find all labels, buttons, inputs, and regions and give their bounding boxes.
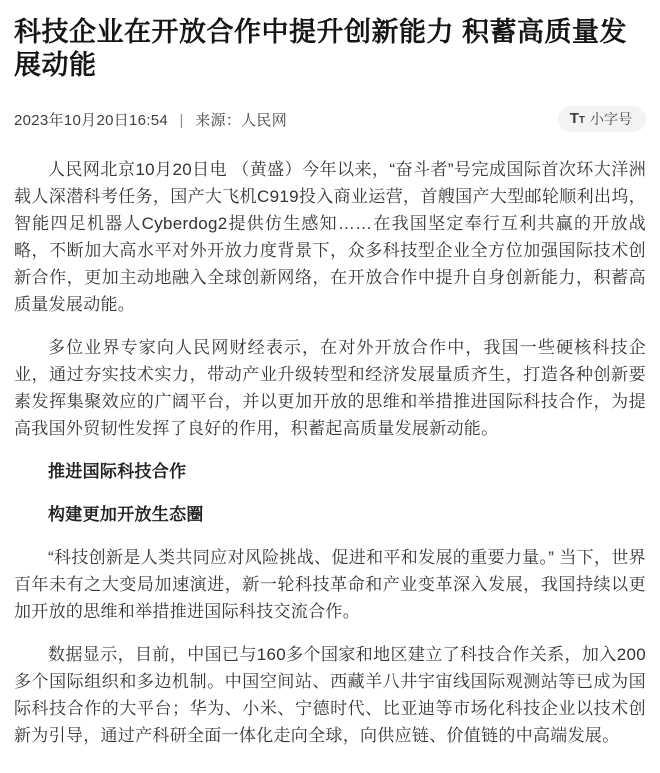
- font-size-icon: T T: [570, 111, 585, 126]
- page-title: 科技企业在开放合作中提升创新能力 积蓄高质量发展动能: [14, 16, 646, 82]
- meta-row: 2023年10月20日16:54 | 来源：人民网 T T 小字号: [14, 106, 646, 132]
- section-heading: 推进国际科技合作: [14, 458, 646, 485]
- section-heading: 构建更加开放生态圈: [14, 501, 646, 528]
- article-body: 人民网北京10月20日电 （黄盛）今年以来，“奋斗者”号完成国际首次环大洋洲载人…: [14, 156, 646, 749]
- article-source: 来源：人民网: [195, 112, 287, 129]
- meta-separator: |: [180, 112, 184, 129]
- article-paragraph: 数据显示，目前，中国已与160多个国家和地区建立了科技合作关系，加入200多个国…: [14, 641, 646, 749]
- article-paragraph: 多位业界专家向人民网财经表示，在对外开放合作中，我国一些硬核科技企业，通过夯实技…: [14, 334, 646, 442]
- font-size-button[interactable]: T T 小字号: [558, 106, 646, 132]
- article-meta: 2023年10月20日16:54 | 来源：人民网: [14, 109, 287, 130]
- article-page: 科技企业在开放合作中提升创新能力 积蓄高质量发展动能 2023年10月20日16…: [0, 0, 660, 773]
- publish-datetime: 2023年10月20日16:54: [14, 112, 168, 129]
- font-size-button-label: 小字号: [590, 112, 632, 126]
- font-size-icon-large-t: T: [570, 111, 579, 126]
- font-size-icon-small-t: T: [579, 116, 585, 126]
- article-paragraph: “科技创新是人类共同应对风险挑战、促进和平和发展的重要力量。” 当下，世界百年未…: [14, 544, 646, 625]
- article-paragraph: 人民网北京10月20日电 （黄盛）今年以来，“奋斗者”号完成国际首次环大洋洲载人…: [14, 156, 646, 318]
